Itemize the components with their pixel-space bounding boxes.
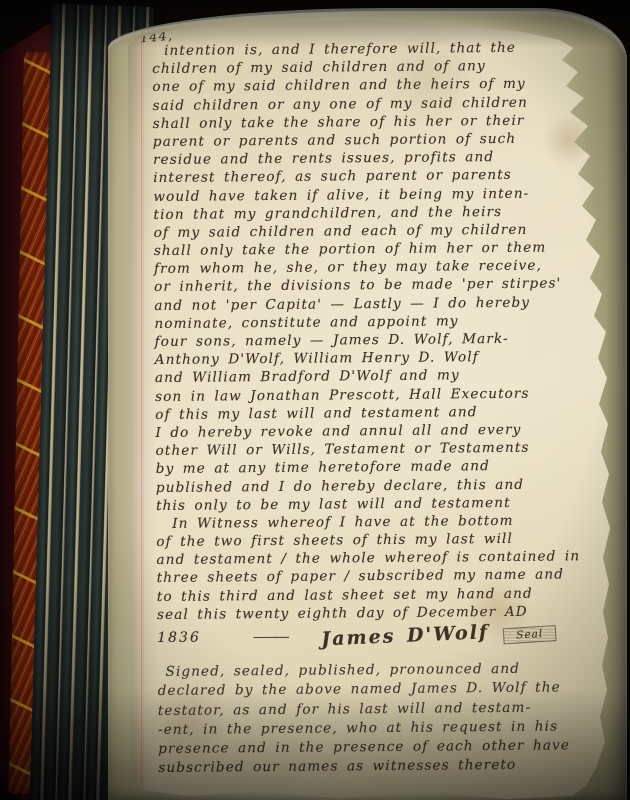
testator-signature: James D'Wolf: [321, 621, 490, 650]
signature-row: 1836 ——— James D'Wolf Seal: [157, 622, 609, 650]
attestation-line: declared by the above named James D. Wol…: [158, 678, 610, 701]
will-text: intention is, and I therefore will, that…: [152, 38, 610, 779]
seal-mark: Seal: [503, 625, 557, 644]
will-book-photograph: 144, intention is, and I therefore will,…: [0, 0, 630, 800]
manuscript-page: 144, intention is, and I therefore will,…: [128, 20, 610, 799]
attestation-paragraph: Signed, sealed, published, pronounced an…: [157, 659, 610, 779]
will-line: seal this twenty eighth day of December …: [157, 602, 609, 624]
signature-dash: ———: [253, 629, 288, 645]
signature-year: 1836: [157, 630, 201, 646]
margin-rule-line: [141, 32, 142, 791]
attestation-line: subscribed our names as witnesses theret…: [158, 756, 610, 779]
